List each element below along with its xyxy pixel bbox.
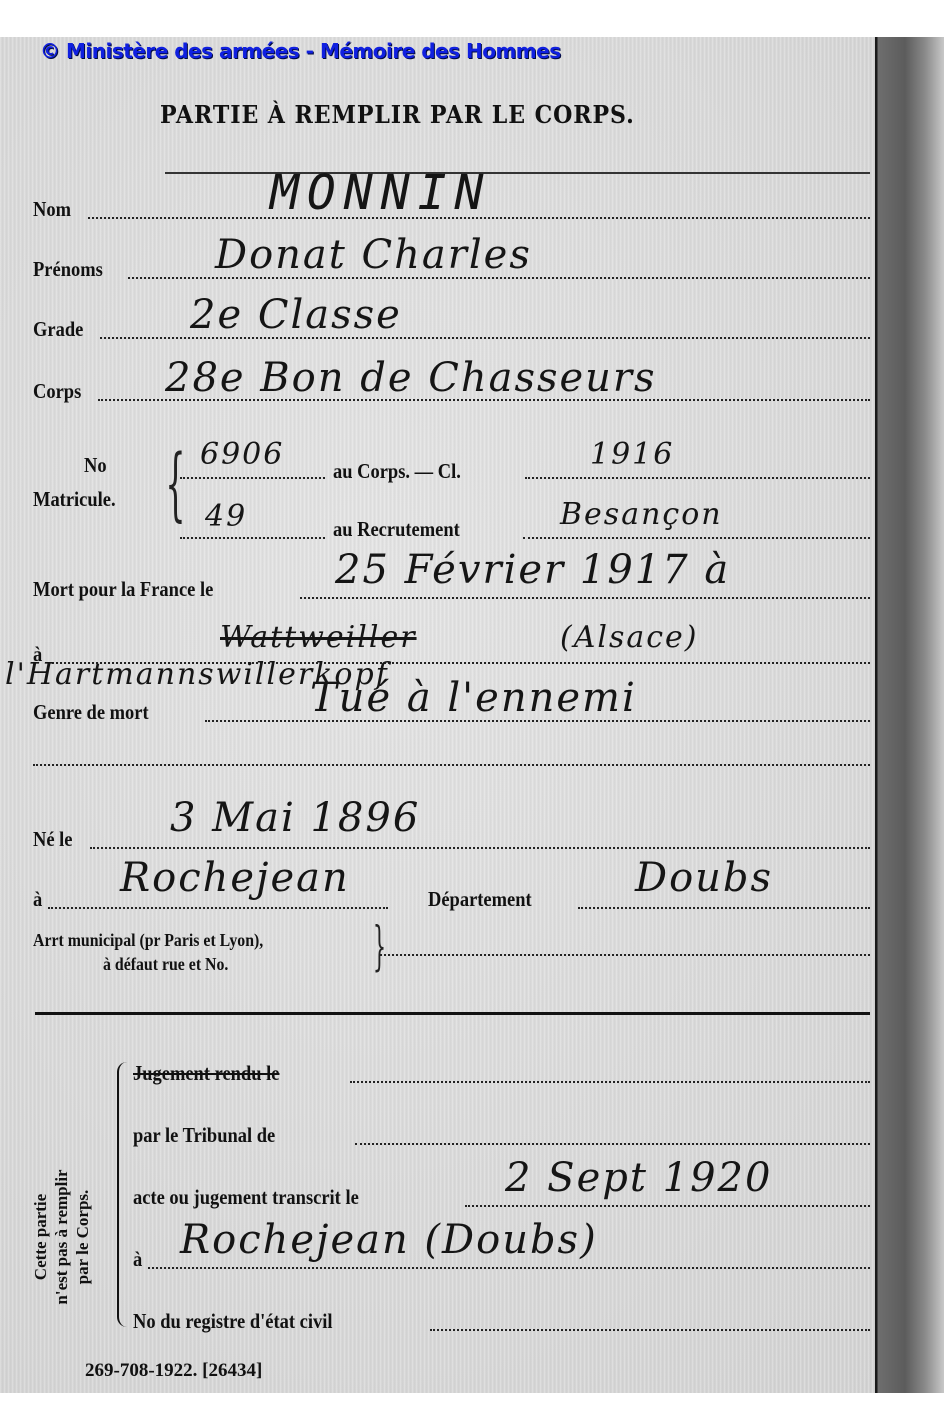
classe-value: 1916 bbox=[590, 437, 674, 472]
prenoms-value: Donat Charles bbox=[215, 232, 532, 278]
mort-date-value: 25 Février 1917 à bbox=[335, 547, 730, 593]
recrutement-number-dotted-line bbox=[180, 537, 325, 539]
side-note-line2: n'est pas à remplir bbox=[51, 1137, 72, 1337]
tribunal-dotted-line bbox=[355, 1143, 870, 1145]
departement-value: Doubs bbox=[635, 855, 773, 901]
recrutement-number-value: 49 bbox=[205, 499, 247, 534]
corps-number-dotted-line bbox=[180, 477, 325, 479]
grade-label: Grade bbox=[33, 317, 83, 342]
classe-dotted-line bbox=[525, 477, 870, 479]
transcrit-date-value: 2 Sept 1920 bbox=[505, 1155, 772, 1201]
extra-dotted-line bbox=[33, 764, 870, 766]
prenoms-label: Prénoms bbox=[33, 257, 103, 282]
registre-dotted-line bbox=[430, 1329, 870, 1331]
matricule-brace: { bbox=[165, 437, 185, 530]
departement-label: Département bbox=[428, 887, 532, 912]
transcrit-dotted-line bbox=[465, 1205, 870, 1207]
jugement-dotted-line bbox=[350, 1081, 870, 1083]
side-note-line3: par le Corps. bbox=[72, 1137, 93, 1337]
registre-label: No du registre d'état civil bbox=[133, 1309, 332, 1334]
mort-place-struck-value: Wattweiller bbox=[220, 620, 417, 655]
tribunal-label: par le Tribunal de bbox=[133, 1123, 275, 1148]
mort-dotted-line bbox=[300, 597, 870, 599]
mort-place-region-value: (Alsace) bbox=[560, 620, 699, 655]
section-divider bbox=[35, 1012, 870, 1015]
lieu-label: à bbox=[133, 1247, 142, 1272]
copyright-watermark: © Ministère des armées - Mémoire des Hom… bbox=[40, 39, 561, 63]
corps-label: Corps bbox=[33, 379, 81, 404]
nom-value: MONNIN bbox=[270, 165, 491, 221]
form-reference: 269-708-1922. [26434] bbox=[85, 1360, 262, 1382]
au-recrutement-label: au Recrutement bbox=[333, 517, 460, 542]
departement-dotted-line bbox=[578, 907, 870, 909]
matricule-label: Matricule. bbox=[33, 487, 116, 512]
death-record-card: © Ministère des armées - Mémoire des Hom… bbox=[0, 37, 944, 1393]
genre-de-mort-label: Genre de mort bbox=[33, 700, 149, 725]
naissance-date-value: 3 Mai 1896 bbox=[170, 795, 420, 841]
form-heading: PARTIE À REMPLIR PAR LE CORPS. bbox=[160, 100, 712, 129]
naissance-place-value: Rochejean bbox=[120, 855, 350, 901]
genre-de-mort-value: Tué à l'ennemi bbox=[310, 675, 637, 721]
transcrit-label: acte ou jugement transcrit le bbox=[133, 1185, 359, 1210]
ne-le-label: Né le bbox=[33, 827, 73, 852]
lieu-dotted-line bbox=[148, 1267, 870, 1269]
binding-spine bbox=[875, 37, 944, 1393]
recrutement-dotted-line bbox=[523, 537, 870, 539]
nom-label: Nom bbox=[33, 197, 71, 222]
matricule-no-label: No bbox=[84, 453, 107, 478]
arrondissement-label-line2: à défaut rue et No. bbox=[103, 954, 228, 975]
corps-value: 28e Bon de Chasseurs bbox=[165, 355, 657, 401]
arrondissement-brace: } bbox=[373, 917, 386, 977]
corps-number-value: 6906 bbox=[200, 437, 284, 472]
mort-label: Mort pour la France le bbox=[33, 577, 213, 602]
ne-le-dotted-line bbox=[90, 847, 870, 849]
naissance-place-dotted-line bbox=[48, 907, 388, 909]
lieu-value: Rochejean (Doubs) bbox=[180, 1217, 598, 1263]
grade-value: 2e Classe bbox=[190, 292, 402, 338]
naissance-place-label: à bbox=[33, 887, 42, 912]
side-note-line1: Cette partie bbox=[30, 1137, 51, 1337]
au-corps-label: au Corps. — Cl. bbox=[333, 459, 461, 484]
arrondissement-label-line1: Arrt municipal (pr Paris et Lyon), bbox=[33, 930, 263, 951]
jugement-label: Jugement rendu le bbox=[133, 1061, 279, 1086]
recrutement-place-value: Besançon bbox=[560, 497, 723, 532]
tribunal-bracket bbox=[117, 1062, 129, 1327]
arrondissement-dotted-line bbox=[380, 954, 870, 956]
side-note: Cette partie n'est pas à remplir par le … bbox=[30, 1137, 110, 1337]
